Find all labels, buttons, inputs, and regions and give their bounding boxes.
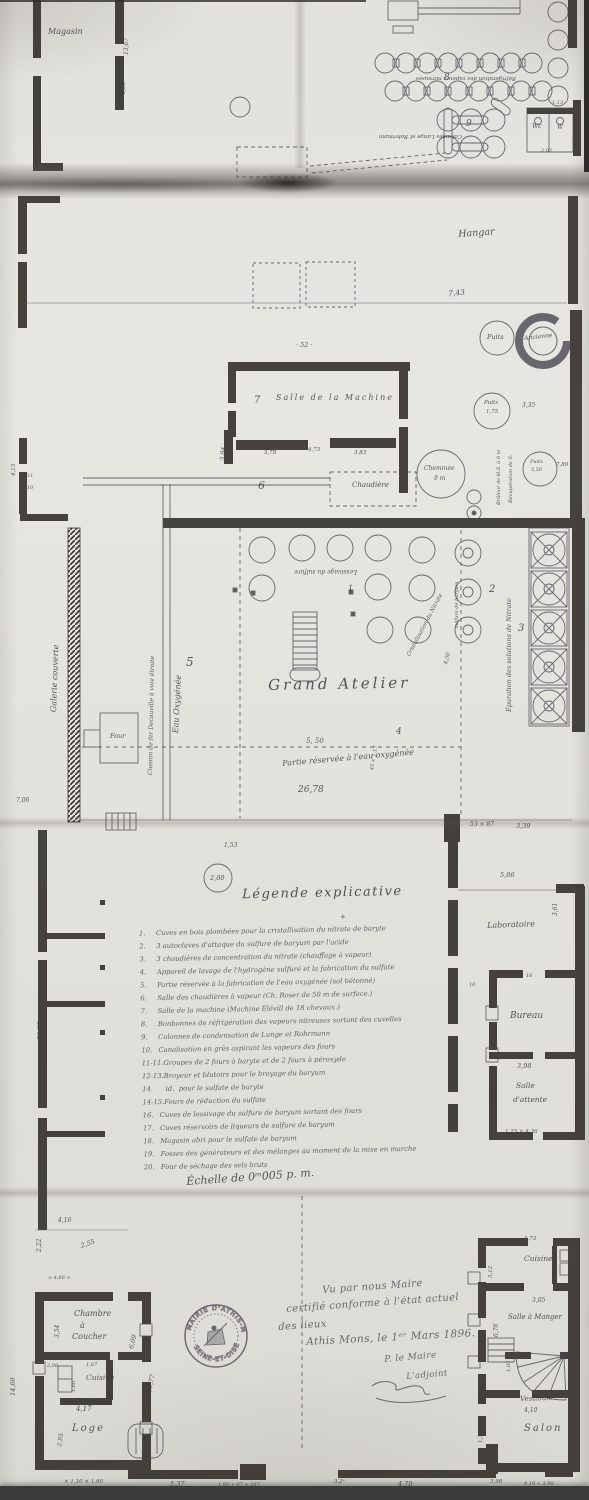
label-lessivage: Lessivage du sulfure [294, 568, 357, 574]
label-cheminee: Cheminée [424, 466, 455, 472]
covered-gallery-wall [68, 528, 80, 822]
label-wc: Wc [532, 124, 542, 130]
dim-3-54: 3,54 [55, 1325, 61, 1338]
dim-3-05: 3,05 [532, 1298, 545, 1304]
dim-7-06: 7,06 [16, 798, 29, 804]
nitrate-purification-row [529, 528, 569, 726]
label-4: 4 [396, 728, 402, 737]
label-puits-550b: 5,50 [531, 468, 542, 473]
label-laboratoire: Laboratoire [487, 920, 535, 930]
label-puits-1: Puits [487, 334, 504, 341]
label-5: 5 [186, 656, 194, 668]
dim-5-84: 5,84 [220, 447, 227, 461]
label-vestibule: Vestibule [520, 1395, 553, 1403]
label-loge: Loge [72, 1424, 105, 1434]
label-salon: Salon [524, 1424, 562, 1434]
label-sulfure-baryum: sulfure de baryum [455, 581, 460, 628]
label-puits-175a: Puits [484, 401, 498, 407]
dim-14-60: 14,60 [10, 1377, 17, 1396]
label-6: 6 [258, 480, 265, 491]
signature-scribble [372, 1382, 446, 1403]
atelier-vats [233, 535, 481, 643]
label-epuration: Épuration des solutions de Nitrate [506, 598, 513, 712]
dim-4-17: 4,17 [76, 1406, 92, 1413]
label-salle-machine: Salle de la Machine [276, 394, 394, 402]
dim-3-98b: 3,98 [490, 1480, 502, 1486]
dim-125-436: 1,25 × 4,36 [505, 1130, 538, 1136]
dim-3-98: 3,98 [517, 1063, 531, 1070]
scan-edge-bottom [0, 1486, 589, 1500]
dim-3-12: 3,12 [489, 1266, 495, 1278]
dim-4-36: 4,36 [492, 1087, 498, 1100]
dim-1-60: 1,60 [72, 1381, 77, 1392]
label-puits-175b: 1,75 [486, 410, 498, 416]
label-salle: Salle [516, 1082, 535, 1090]
dim-1-87: 1,87 [86, 1363, 97, 1368]
label-9m: 9 m [434, 476, 445, 482]
label-refrigeration: Réfrigération des vapeurs nitreuses [416, 75, 516, 81]
dashed-foundation-2 [306, 262, 355, 307]
label-9: 9 [466, 120, 472, 129]
dashed-foundation-1 [253, 263, 300, 308]
condensation-columns [437, 97, 512, 158]
small-stair [106, 813, 136, 830]
dim-4-76: 4,76 [480, 1331, 486, 1344]
dim-110-190: × 1,10 × 1,90 [64, 1480, 103, 1486]
dim-1-05: 1,05 [507, 1361, 512, 1372]
dim-6-76: 6,76 [494, 1324, 500, 1337]
label-dattente: d'attente [513, 1096, 547, 1104]
dim-3-78: 3,78 [264, 451, 276, 457]
dim-2-80: 2,80 [210, 875, 224, 882]
label-a: à [80, 1322, 85, 1330]
dim-7-43: 7,43 [448, 289, 465, 298]
label-bruleur: Brûleur de H.S. à 9 m [497, 450, 502, 505]
dim-3-35: 3,35 [522, 403, 535, 409]
staircase [290, 612, 320, 681]
label-magasin: Magasin [48, 28, 83, 36]
dim-7-80: 7,80 [556, 463, 568, 469]
label-salle-a-manger: Salle à Manger [508, 1314, 562, 1321]
dim-4-66: × 4,66 × [48, 1276, 71, 1281]
dim-3-20: 3,2ᵃ [334, 1480, 345, 1486]
scanned-plan-page: MAIRIE D'ATHIS-MONS SEINE-ET-OISE Magasi… [0, 0, 589, 1500]
dim-3-61: 3,61 [553, 903, 559, 916]
refrigeration-bonbonnes [375, 2, 568, 106]
label-cuisine-gauche: Cuisine [86, 1374, 114, 1382]
dim-4-60: 4,60 [121, 82, 127, 95]
dim-5-86: 5,86 [500, 872, 514, 879]
dim-26-78: 26,78 [298, 786, 324, 795]
dim-20-35: 20,35 [37, 1021, 44, 1040]
machinery-sketch [388, 0, 520, 33]
label-cuisine-droite: Cuisine [524, 1255, 552, 1263]
label-four: Four [110, 733, 125, 740]
label-chambre: Chambre [74, 1310, 111, 1318]
dim-16b: 16 [526, 974, 532, 979]
label-w: W [557, 125, 563, 131]
dashed-enclosure [237, 147, 307, 177]
label-chaudiere: Chaudière [352, 482, 389, 489]
dim-53-87: 53 × 87 [470, 822, 494, 828]
dim-10: 10 [27, 486, 33, 491]
dim-4-16: 4,16 [58, 1218, 71, 1224]
label-recuperation: Récupération de S. [509, 455, 514, 503]
dim-4-73: 4,73 [308, 448, 320, 454]
label-bureau: Bureau [510, 1012, 543, 1021]
dim-2-02: 2,02 [541, 149, 552, 154]
dim-13-67: 13,67 [124, 38, 130, 55]
label-2: 2 [489, 585, 495, 595]
label-hangar: Hangar [458, 227, 495, 239]
dim-3-39: 3,39 [516, 823, 530, 830]
scan-edge-right [584, 0, 589, 172]
dim-52: · 52 · [296, 342, 313, 349]
dim-1-77: 1,77 [479, 1431, 485, 1443]
dim-4-10: 4,10 [524, 1408, 537, 1414]
plan-drawing: MAIRIE D'ATHIS-MONS SEINE-ET-OISE [0, 0, 589, 1500]
label-coucher: Coucher [72, 1333, 106, 1341]
dim-2-00: 2,00 [47, 1364, 58, 1369]
label-puits-550a: Puits [530, 460, 543, 465]
wc-block [527, 108, 573, 152]
dim-3-73: 3,73 [524, 1237, 536, 1243]
dim-1-53: 1,53 [224, 843, 237, 849]
walls [18, 0, 585, 1480]
label-grand-atelier: Grand Atelier [268, 676, 410, 693]
label-colonnes: Colonnes Lunge et Rohrmann [379, 133, 462, 139]
dim-5-50c: 5, 50 [306, 738, 324, 745]
dim-16a: 16 [469, 983, 475, 988]
scan-edge-top [0, 0, 366, 2]
dim-3-83: 3,83 [354, 451, 366, 457]
dim-4-13: 4,13 [12, 464, 18, 476]
dim-11: 11 [27, 474, 33, 479]
dim-1-13: 1,13 [552, 101, 563, 106]
label-1: 1 [348, 585, 353, 593]
label-7: 7 [254, 396, 260, 406]
chimney-circle [417, 450, 465, 498]
label-3: 3 [518, 624, 524, 634]
small-circle [230, 97, 250, 117]
dim-2-22: 2,22 [37, 1239, 43, 1252]
legend-cross: + [340, 914, 346, 921]
